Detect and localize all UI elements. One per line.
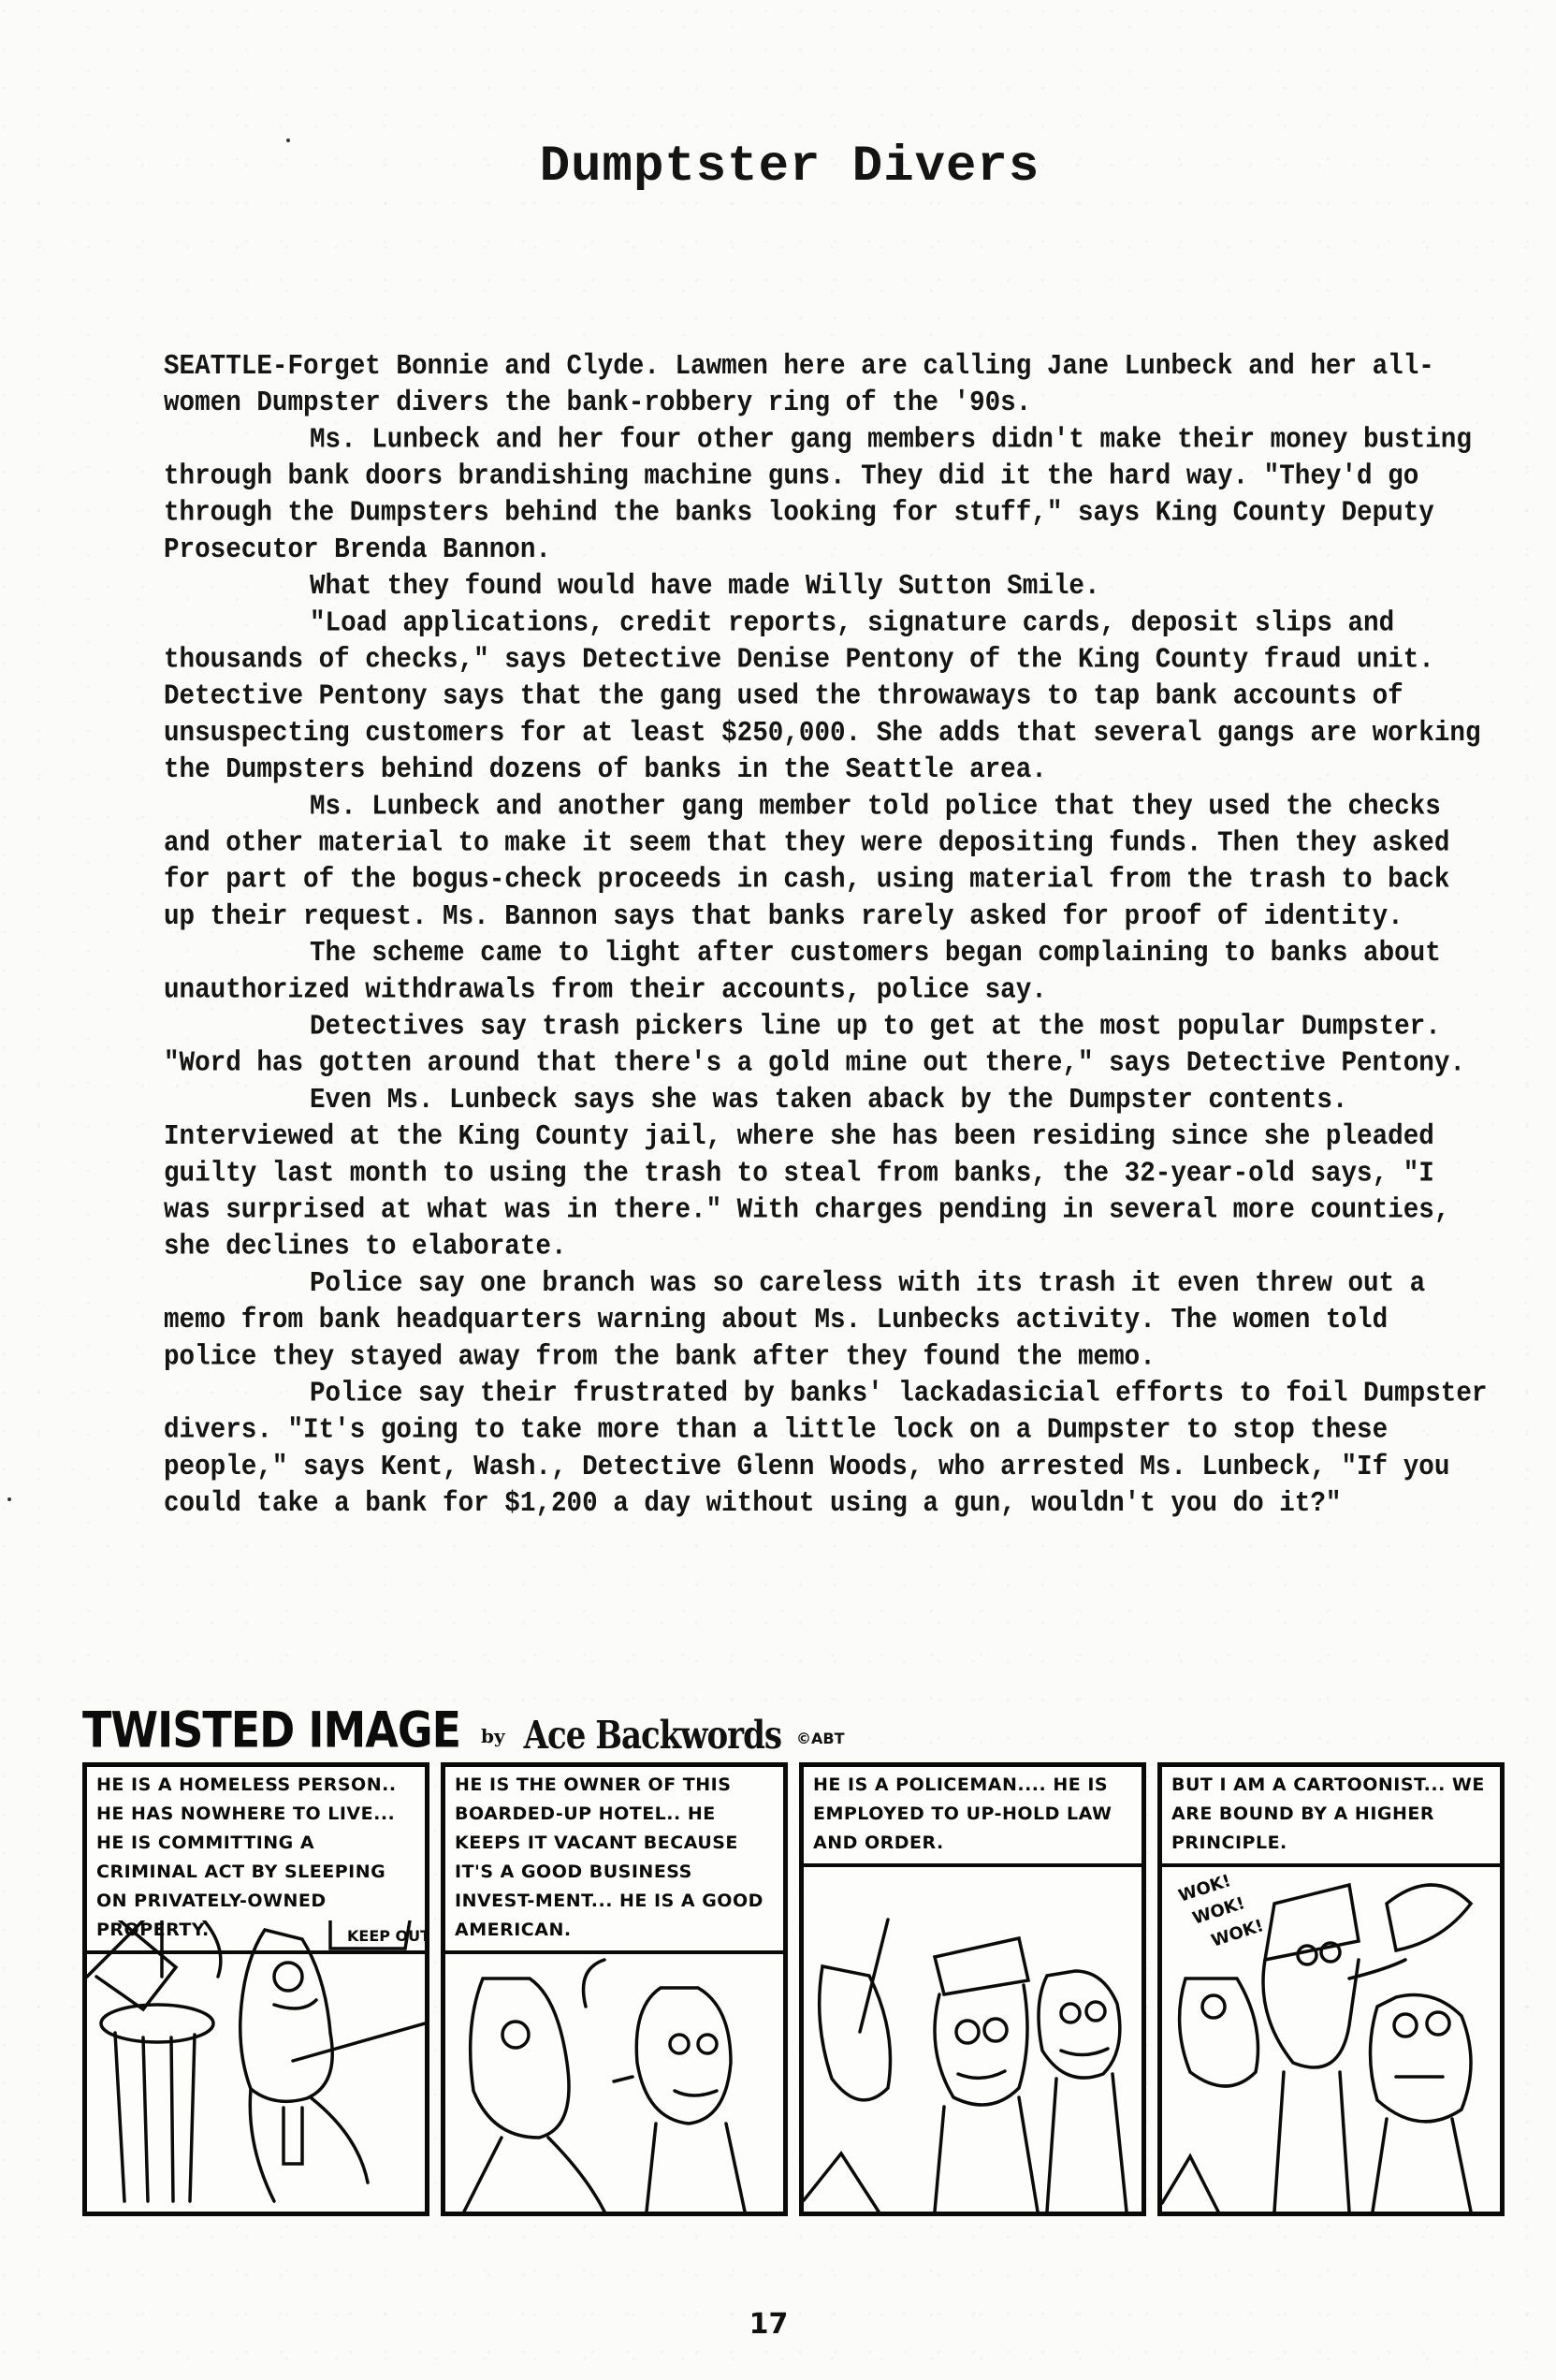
article-body: SEATTLE-Forget Bonnie and Clyde. Lawmen … <box>164 348 1492 1522</box>
panel-caption: He is a policeman.... he is employed to … <box>804 1767 1142 1867</box>
article-paragraph: Police say one branch was so careless wi… <box>164 1265 1492 1376</box>
article-paragraph: SEATTLE-Forget Bonnie and Clyde. Lawmen … <box>164 348 1492 421</box>
panel-caption: But I am a cartoonist... we are bound by… <box>1162 1767 1500 1867</box>
comic-panel-4: But I am a cartoonist... we are bound by… <box>1157 1762 1505 2216</box>
article-paragraph: The scheme came to light after customers… <box>164 935 1492 1008</box>
article-paragraph: Even Ms. Lunbeck says she was taken abac… <box>164 1082 1492 1265</box>
cartoonist-beaten-illustration: WOK! WOK! WOK! <box>1162 1866 1500 2212</box>
panel-caption: He is the owner of this boarded-up hotel… <box>445 1767 783 1954</box>
article-paragraph: "Load applications, credit reports, sign… <box>164 605 1492 788</box>
page-number: 17 <box>0 2308 1556 2341</box>
article-title: Dumptster Divers <box>0 139 1556 196</box>
stray-mark <box>7 1497 11 1501</box>
comic-title: TWISTED IMAGE <box>82 1701 460 1759</box>
keep-out-sign: KEEP OUT <box>347 1927 425 1945</box>
hotel-owner-illustration <box>445 1950 783 2212</box>
homeless-man-illustration: KEEP OUT <box>87 1920 425 2212</box>
comic-panels: He is a homeless person.. he has nowhere… <box>82 1762 1505 2216</box>
comic-header: TWISTED IMAGE by Ace Backwords ©ABT <box>82 1699 1505 1755</box>
article-paragraph: Detectives say trash pickers line up to … <box>164 1009 1492 1082</box>
policeman-illustration <box>804 1891 1142 2212</box>
article-paragraph: What they found would have made Willy Su… <box>164 568 1492 605</box>
comic-byline-by: by <box>481 1725 505 1747</box>
comic-panel-1: He is a homeless person.. he has nowhere… <box>82 1762 429 2216</box>
article-paragraph: Police say their frustrated by banks' la… <box>164 1376 1492 1523</box>
comic-strip: TWISTED IMAGE by Ace Backwords ©ABT He i… <box>82 1699 1505 2216</box>
comic-title-word-1: TWISTED <box>82 1701 294 1759</box>
comic-title-word-2: IMAGE <box>308 1701 460 1759</box>
comic-panel-3: He is a policeman.... he is employed to … <box>799 1762 1146 2216</box>
comic-author: Ace Backwords <box>524 1714 781 1759</box>
article-paragraph: Ms. Lunbeck and her four other gang memb… <box>164 421 1492 568</box>
article-paragraph: Ms. Lunbeck and another gang member told… <box>164 788 1492 935</box>
comic-copyright: ©ABT <box>796 1730 845 1747</box>
comic-panel-2: He is the owner of this boarded-up hotel… <box>441 1762 788 2216</box>
